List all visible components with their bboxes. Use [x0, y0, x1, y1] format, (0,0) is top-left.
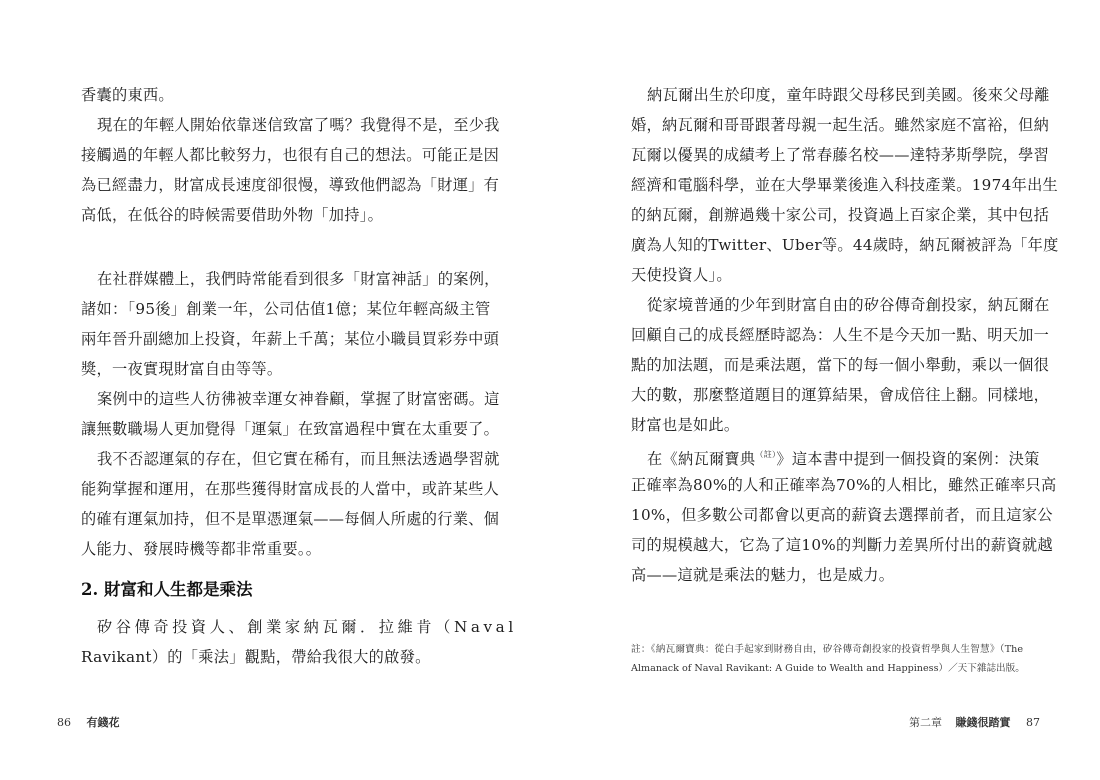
- body-line: 天使投資人」。: [631, 260, 1023, 290]
- paragraph-gap: [81, 230, 469, 264]
- running-head-chapter-title: 賺錢很踏實: [956, 716, 1011, 729]
- body-line: 納瓦爾出生於印度，童年時跟父母移民到美國。後來父母離: [631, 80, 1023, 110]
- body-line: 的確有運氣加持，但不是單憑運氣——每個人所處的行業、個: [81, 504, 469, 534]
- body-line-with-note: 在《納瓦爾寶典（註）》這本書中提到一個投資的案例：決策: [631, 440, 1023, 470]
- body-line: 案例中的這些人彷彿被幸運女神眷顧，掌握了財富密碼。這: [81, 384, 469, 414]
- left-page-body: 香囊的東西。 現在的年輕人開始依靠迷信致富了嗎？我覺得不是，至少我 接觸過的年輕…: [81, 80, 469, 672]
- body-line: 為已經盡力，財富成長速度卻很慢，導致他們認為「財運」有: [81, 170, 469, 200]
- body-line: 瓦爾以優異的成績考上了常春藤名校——達特茅斯學院，學習: [631, 140, 1023, 170]
- body-line: Ravikant）的「乘法」觀點，帶給我很大的啟發。: [81, 642, 469, 672]
- body-line: 矽谷傳奇投資人、創業家納瓦爾．拉維肯（Naval: [81, 612, 469, 642]
- body-line: 經濟和電腦科學，並在大學畢業後進入科技產業。1974年出生: [631, 170, 1023, 200]
- body-line: 廣為人知的Twitter、Uber等。44歲時，納瓦爾被評為「年度: [631, 230, 1023, 260]
- body-line: 諸如：「95後」創業一年，公司估值1億；某位年輕高級主管: [81, 294, 469, 324]
- right-page-folio: 第二章 賺錢很踏實 87: [909, 714, 1040, 730]
- left-page-folio: 86 有錢花: [57, 714, 120, 730]
- right-page: 納瓦爾出生於印度，童年時跟父母移民到美國。後來父母離 婚，納瓦爾和哥哥跟著母親一…: [550, 0, 1100, 780]
- page-number: 86: [57, 716, 71, 729]
- body-line: 大的數，那麼整道題目的運算結果，會成倍往上翻。同樣地，: [631, 380, 1023, 410]
- body-line: 能夠掌握和運用，在那些獲得財富成長的人當中，或許某些人: [81, 474, 469, 504]
- body-line: 我不否認運氣的存在，但它實在稀有，而且無法透過學習就: [81, 444, 469, 474]
- body-line: 獎，一夜實現財富自由等等。: [81, 354, 469, 384]
- body-line: 香囊的東西。: [81, 80, 469, 110]
- running-head-book-title: 有錢花: [87, 716, 120, 729]
- body-line: 婚，納瓦爾和哥哥跟著母親一起生活。雖然家庭不富裕，但納: [631, 110, 1023, 140]
- page-number: 87: [1026, 716, 1040, 729]
- body-line: 高低，在低谷的時候需要借助外物「加持」。: [81, 200, 469, 230]
- body-line: 人能力、發展時機等都非常重要。。: [81, 534, 469, 564]
- footnote: 註：《納瓦爾寶典：從白手起家到財務自由，矽谷傳奇創投家的投資哲學與人生智慧》（T…: [631, 640, 1023, 678]
- running-head-chapter: 第二章: [909, 716, 942, 729]
- right-page-body: 納瓦爾出生於印度，童年時跟父母移民到美國。後來父母離 婚，納瓦爾和哥哥跟著母親一…: [631, 80, 1023, 590]
- body-line: 的納瓦爾，創辦過幾十家公司，投資過上百家企業，其中包括: [631, 200, 1023, 230]
- body-line: 在社群媒體上，我們時常能看到很多「財富神話」的案例，: [81, 264, 469, 294]
- footnote-line: Almanack of Naval Ravikant: A Guide to W…: [631, 659, 1023, 678]
- body-line: 司的規模越大，它為了這10%的判斷力差異所付出的薪資就越: [631, 530, 1023, 560]
- body-line: 讓無數職場人更加覺得「運氣」在致富過程中實在太重要了。: [81, 414, 469, 444]
- body-line: 從家境普通的少年到財富自由的矽谷傳奇創投家，納瓦爾在: [631, 290, 1023, 320]
- note-text-after: 》這本書中提到一個投資的案例：決策: [776, 450, 1039, 468]
- body-line: 現在的年輕人開始依靠迷信致富了嗎？我覺得不是，至少我: [81, 110, 469, 140]
- footnote-marker[interactable]: （註）: [755, 450, 776, 459]
- note-text-before: 在《納瓦爾寶典: [647, 450, 755, 468]
- body-line: 高——這就是乘法的魅力，也是威力。: [631, 560, 1023, 590]
- footnote-line: 註：《納瓦爾寶典：從白手起家到財務自由，矽谷傳奇創投家的投資哲學與人生智慧》（T…: [631, 640, 1023, 659]
- left-page: 香囊的東西。 現在的年輕人開始依靠迷信致富了嗎？我覺得不是，至少我 接觸過的年輕…: [0, 0, 550, 780]
- body-line: 財富也是如此。: [631, 410, 1023, 440]
- body-line: 10%，但多數公司都會以更高的薪資去選擇前者，而且這家公: [631, 500, 1023, 530]
- body-line: 正確率為80%的人和正確率為70%的人相比，雖然正確率只高: [631, 470, 1023, 500]
- body-line: 點的加法題，而是乘法題，當下的每一個小舉動，乘以一個很: [631, 350, 1023, 380]
- body-line: 回顧自己的成長經歷時認為：人生不是今天加一點、明天加一: [631, 320, 1023, 350]
- body-line: 兩年晉升副總加上投資，年薪上千萬；某位小職員買彩券中頭: [81, 324, 469, 354]
- section-heading: 2. 財富和人生都是乘法: [81, 570, 469, 610]
- body-line: 接觸過的年輕人都比較努力，也很有自己的想法。可能正是因: [81, 140, 469, 170]
